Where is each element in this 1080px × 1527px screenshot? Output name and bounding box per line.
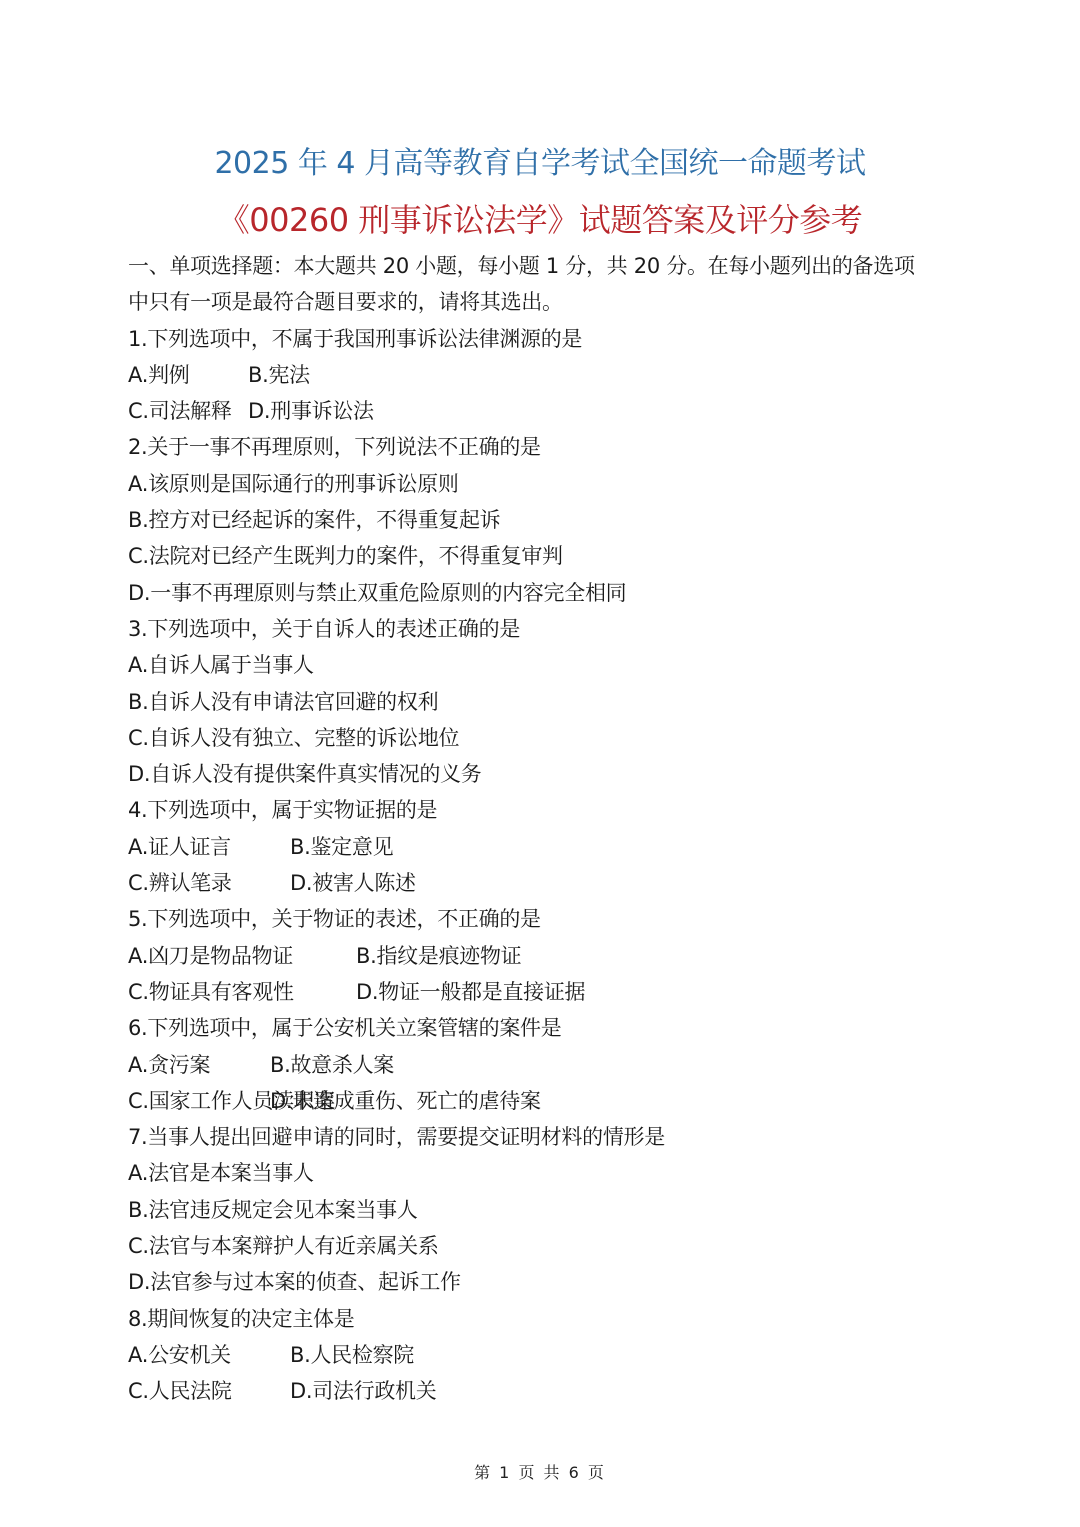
answer-option: B.法官违反规定会见本案当事人 — [128, 1192, 418, 1228]
answer-option: D.物证一般都是直接证据 — [356, 974, 585, 1010]
question-stem: 7.当事人提出回避申请的同时，需要提交证明材料的情形是 — [128, 1119, 958, 1155]
option-row: B.法官违反规定会见本案当事人 — [128, 1192, 958, 1228]
document-body: 一、单项选择题：本大题共 20 小题，每小题 1 分，共 20 分。在每小题列出… — [128, 248, 958, 1410]
option-row: A.贪污案B.故意杀人案 — [128, 1047, 958, 1083]
answer-option: D.司法行政机关 — [290, 1373, 436, 1409]
answer-option: D.自诉人没有提供案件真实情况的义务 — [128, 756, 481, 792]
answer-option: C.司法解释 — [128, 393, 248, 429]
option-row: B.自诉人没有申请法官回避的权利 — [128, 684, 958, 720]
answer-option: D.一事不再理原则与禁止双重危险原则的内容完全相同 — [128, 575, 626, 611]
option-row: C.国家工作人员渎职案D.未造成重伤、死亡的虐待案 — [128, 1083, 958, 1119]
answer-option: B.鉴定意见 — [290, 829, 393, 865]
option-row: A.该原则是国际通行的刑事诉讼原则 — [128, 466, 958, 502]
answer-option: C.人民法院 — [128, 1373, 290, 1409]
option-row: A.公安机关B.人民检察院 — [128, 1337, 958, 1373]
question-stem: 1.下列选项中，不属于我国刑事诉讼法律渊源的是 — [128, 321, 958, 357]
section-intro-line-1: 一、单项选择题：本大题共 20 小题，每小题 1 分，共 20 分。在每小题列出… — [128, 248, 958, 284]
option-row: D.一事不再理原则与禁止双重危险原则的内容完全相同 — [128, 575, 958, 611]
question-stem: 4.下列选项中，属于实物证据的是 — [128, 792, 958, 828]
question-list: 1.下列选项中，不属于我国刑事诉讼法律渊源的是A.判例B.宪法C.司法解释D.刑… — [128, 321, 958, 1410]
option-row: C.法院对已经产生既判力的案件，不得重复审判 — [128, 538, 958, 574]
answer-option: A.自诉人属于当事人 — [128, 647, 314, 683]
answer-option: C.物证具有客观性 — [128, 974, 356, 1010]
answer-option: D.被害人陈述 — [290, 865, 416, 901]
option-row: C.司法解释D.刑事诉讼法 — [128, 393, 958, 429]
document-title-subject: 《00260 刑事诉讼法学》试题答案及评分参考 — [0, 195, 1080, 241]
answer-option: A.法官是本案当事人 — [128, 1155, 314, 1191]
question-stem: 6.下列选项中，属于公安机关立案管辖的案件是 — [128, 1010, 958, 1046]
answer-option: B.自诉人没有申请法官回避的权利 — [128, 684, 438, 720]
section-intro-line-2: 中只有一项是最符合题目要求的，请将其选出。 — [128, 284, 958, 320]
option-row: C.法官与本案辩护人有近亲属关系 — [128, 1228, 958, 1264]
answer-option: C.法官与本案辩护人有近亲属关系 — [128, 1228, 439, 1264]
answer-option: B.宪法 — [248, 357, 310, 393]
option-row: A.法官是本案当事人 — [128, 1155, 958, 1191]
answer-option: C.辨认笔录 — [128, 865, 290, 901]
page-indicator: 第 1 页 共 6 页 — [0, 1460, 1080, 1483]
option-row: A.判例B.宪法 — [128, 357, 958, 393]
option-row: C.自诉人没有独立、完整的诉讼地位 — [128, 720, 958, 756]
option-row: A.证人证言B.鉴定意见 — [128, 829, 958, 865]
option-row: D.法官参与过本案的侦查、起诉工作 — [128, 1264, 958, 1300]
answer-option: A.凶刀是物品物证 — [128, 938, 356, 974]
answer-option: A.该原则是国际通行的刑事诉讼原则 — [128, 466, 459, 502]
answer-option: D.未造成重伤、死亡的虐待案 — [270, 1083, 541, 1119]
answer-option: B.故意杀人案 — [270, 1047, 394, 1083]
answer-option: B.指纹是痕迹物证 — [356, 938, 521, 974]
option-row: C.物证具有客观性D.物证一般都是直接证据 — [128, 974, 958, 1010]
option-row: D.自诉人没有提供案件真实情况的义务 — [128, 756, 958, 792]
answer-option: A.贪污案 — [128, 1047, 270, 1083]
answer-option: A.证人证言 — [128, 829, 290, 865]
option-row: A.自诉人属于当事人 — [128, 647, 958, 683]
answer-option: A.判例 — [128, 357, 248, 393]
answer-option: A.公安机关 — [128, 1337, 290, 1373]
document-title-exam: 2025 年 4 月高等教育自学考试全国统一命题考试 — [0, 138, 1080, 182]
answer-option: B.控方对已经起诉的案件，不得重复起诉 — [128, 502, 500, 538]
option-row: C.人民法院D.司法行政机关 — [128, 1373, 958, 1409]
option-row: C.辨认笔录D.被害人陈述 — [128, 865, 958, 901]
option-row: B.控方对已经起诉的案件，不得重复起诉 — [128, 502, 958, 538]
answer-option: D.刑事诉讼法 — [248, 393, 374, 429]
question-stem: 3.下列选项中，关于自诉人的表述正确的是 — [128, 611, 958, 647]
answer-option: C.自诉人没有独立、完整的诉讼地位 — [128, 720, 459, 756]
answer-option: C.法院对已经产生既判力的案件，不得重复审判 — [128, 538, 563, 574]
answer-option: C.国家工作人员渎职案 — [128, 1083, 270, 1119]
answer-option: D.法官参与过本案的侦查、起诉工作 — [128, 1264, 461, 1300]
answer-option: B.人民检察院 — [290, 1337, 414, 1373]
question-stem: 8.期间恢复的决定主体是 — [128, 1301, 958, 1337]
question-stem: 2.关于一事不再理原则，下列说法不正确的是 — [128, 429, 958, 465]
option-row: A.凶刀是物品物证B.指纹是痕迹物证 — [128, 938, 958, 974]
question-stem: 5.下列选项中，关于物证的表述，不正确的是 — [128, 901, 958, 937]
